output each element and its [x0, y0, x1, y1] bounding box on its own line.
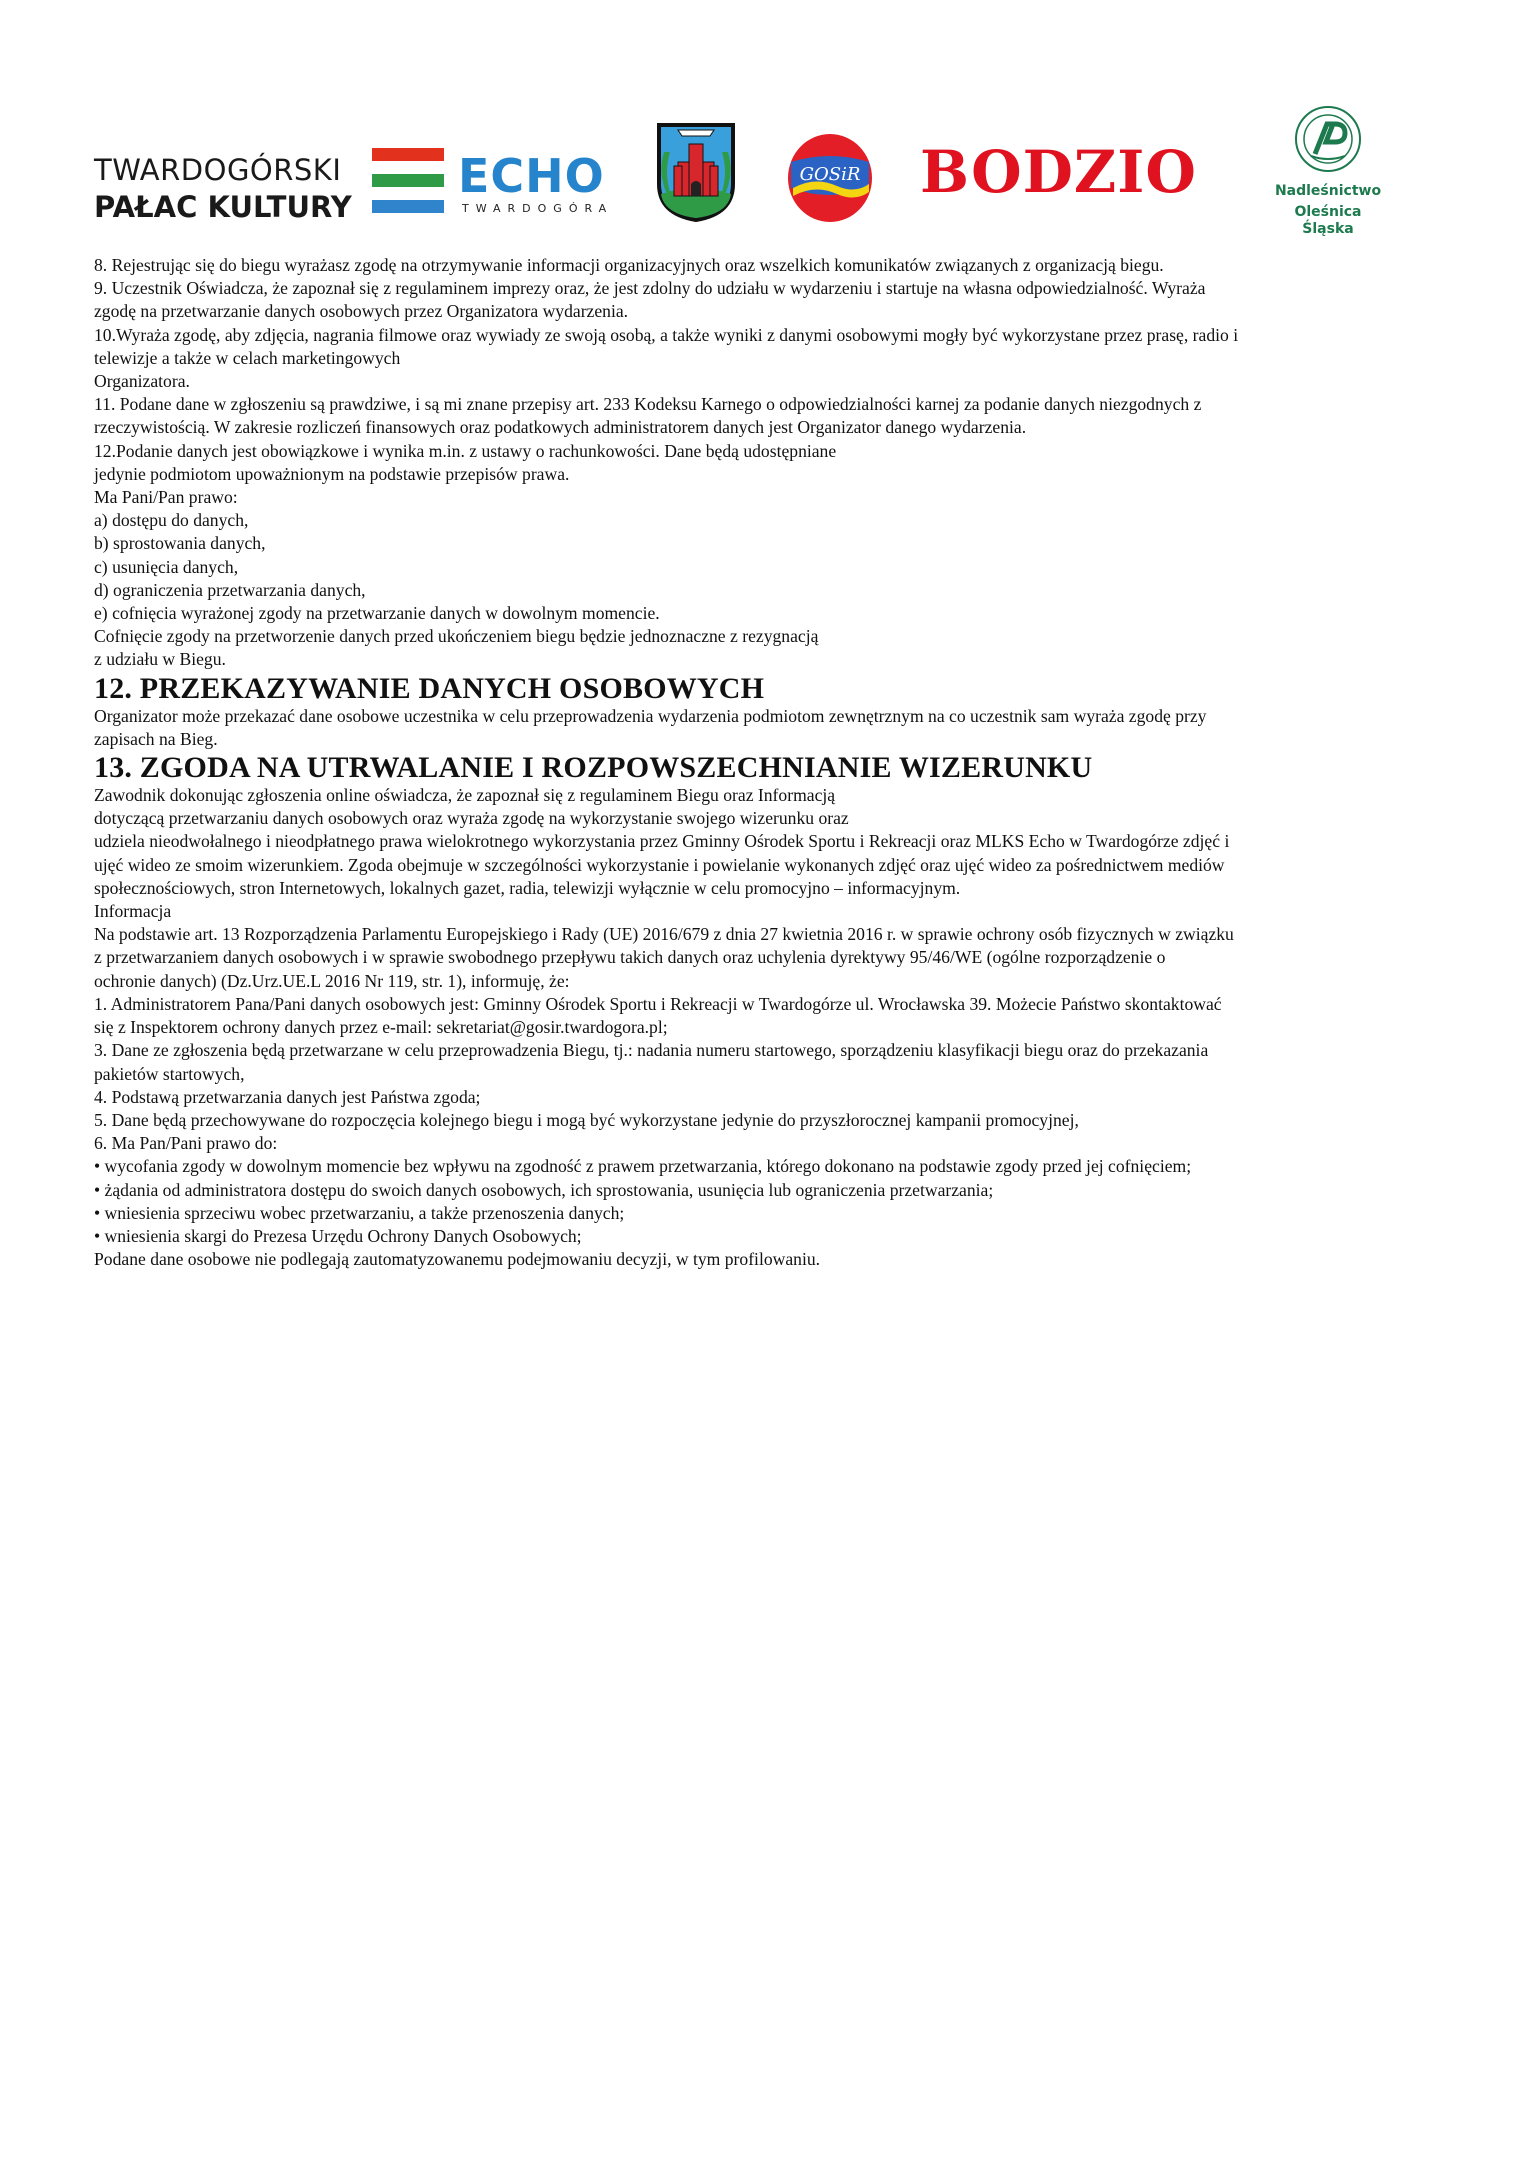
text-line: d) ograniczenia przetwarzania danych, — [94, 579, 1454, 602]
text-line: Zawodnik dokonując zgłoszenia online ośw… — [94, 784, 1454, 807]
text-line: 9. Uczestnik Oświadcza, że zapoznał się … — [94, 277, 1454, 300]
text-line: 3. Dane ze zgłoszenia będą przetwarzane … — [94, 1039, 1454, 1062]
echo-blue-stripe — [372, 200, 444, 213]
echo-green-stripe — [372, 174, 444, 187]
text-line: Cofnięcie zgody na przetworzenie danych … — [94, 625, 1454, 648]
town-crest-icon — [656, 122, 736, 222]
text-line: 4. Podstawą przetwarzania danych jest Pa… — [94, 1086, 1454, 1109]
text-line: dotyczącą przetwarzaniu danych osobowych… — [94, 807, 1454, 830]
text-line: Ma Pani/Pan prawo: — [94, 486, 1454, 509]
text-line: 5. Dane będą przechowywane do rozpoczęci… — [94, 1109, 1454, 1132]
svg-text:GOSiR: GOSiR — [800, 164, 861, 185]
text-line: e) cofnięcia wyrażonej zgody na przetwar… — [94, 602, 1454, 625]
text-line: Na podstawie art. 13 Rozporządzenia Parl… — [94, 923, 1454, 946]
text-line: zapisach na Bieg. — [94, 728, 1454, 751]
text-line: z przetwarzaniem danych osobowych i w sp… — [94, 946, 1454, 969]
consent-paragraphs: 8. Rejestrując się do biegu wyrażasz zgo… — [94, 254, 1454, 672]
text-line: telewizje a także w celach marketingowyc… — [94, 347, 1454, 370]
text-line: 6. Ma Pan/Pani prawo do: — [94, 1132, 1454, 1155]
text-line: ochronie danych) (Dz.Urz.UE.L 2016 Nr 11… — [94, 970, 1454, 993]
text-line: rzeczywistością. W zakresie rozliczeń fi… — [94, 416, 1454, 439]
section-heading-12: 12. PRZEKAZYWANIE DANYCH OSOBOWYCH — [94, 672, 1454, 705]
text-line: udziela nieodwołalnego i nieodpłatnego p… — [94, 830, 1454, 853]
text-line: 12.Podanie danych jest obowiązkowe i wyn… — [94, 440, 1454, 463]
echo-red-stripe — [372, 148, 444, 161]
gosir-logo: GOSiR — [785, 132, 875, 224]
text-line: 11. Podane dane w zgłoszeniu są prawdziw… — [94, 393, 1454, 416]
text-line: jedynie podmiotom upoważnionym na podsta… — [94, 463, 1454, 486]
text-line: 10.Wyraża zgodę, aby zdjęcia, nagrania f… — [94, 324, 1454, 347]
data-transfer-paragraph: Organizator może przekazać dane osobowe … — [94, 705, 1454, 751]
text-line: Organizator może przekazać dane osobowe … — [94, 705, 1454, 728]
text-line: Podane dane osobowe nie podlegają zautom… — [94, 1248, 1454, 1271]
text-line: zgodę na przetwarzanie danych osobowych … — [94, 300, 1454, 323]
text-line: • wycofania zgody w dowolnym momencie be… — [94, 1155, 1454, 1178]
lasy-panstwowe-logo: Nadleśnictwo Oleśnica Śląska — [1268, 104, 1388, 224]
text-line: ujęć wideo ze smoim wizerunkiem. Zgoda o… — [94, 854, 1454, 877]
text-line: Organizatora. — [94, 370, 1454, 393]
text-line: się z Inspektorem ochrony danych przez e… — [94, 1016, 1454, 1039]
text-line: b) sprostowania danych, — [94, 532, 1454, 555]
text-line: c) usunięcia danych, — [94, 556, 1454, 579]
text-line: pakietów startowych, — [94, 1063, 1454, 1086]
text-line: społecznościowych, stron Internetowych, … — [94, 877, 1454, 900]
lasy-panstwowe-emblem-icon — [1293, 104, 1363, 174]
text-line: 1. Administratorem Pana/Pani danych osob… — [94, 993, 1454, 1016]
echo-logo: ECHO TWARDOGÓRA — [372, 148, 612, 218]
bodzio-logo: BODZIO — [920, 140, 1197, 204]
text-line: • żądania od administratora dostępu do s… — [94, 1179, 1454, 1202]
section-heading-13: 13. ZGODA NA UTRWALANIE I ROZPOWSZECHNIA… — [94, 751, 1454, 784]
image-consent-paragraphs: Zawodnik dokonując zgłoszenia online ośw… — [94, 784, 1454, 1271]
text-line: 8. Rejestrując się do biegu wyrażasz zgo… — [94, 254, 1454, 277]
text-line: Informacja — [94, 900, 1454, 923]
palac-kultury-logo: TWARDOGÓRSKI PAŁAC KULTURY — [94, 152, 352, 226]
text-line: • wniesienia skargi do Prezesa Urzędu Oc… — [94, 1225, 1454, 1248]
text-line: a) dostępu do danych, — [94, 509, 1454, 532]
text-line: z udziału w Biegu. — [94, 648, 1454, 671]
text-line: • wniesienia sprzeciwu wobec przetwarzan… — [94, 1202, 1454, 1225]
regulations-text: 8. Rejestrując się do biegu wyrażasz zgo… — [94, 254, 1454, 1271]
sponsor-logo-strip: TWARDOGÓRSKI PAŁAC KULTURY ECHO TWARDOGÓ… — [0, 100, 1530, 250]
